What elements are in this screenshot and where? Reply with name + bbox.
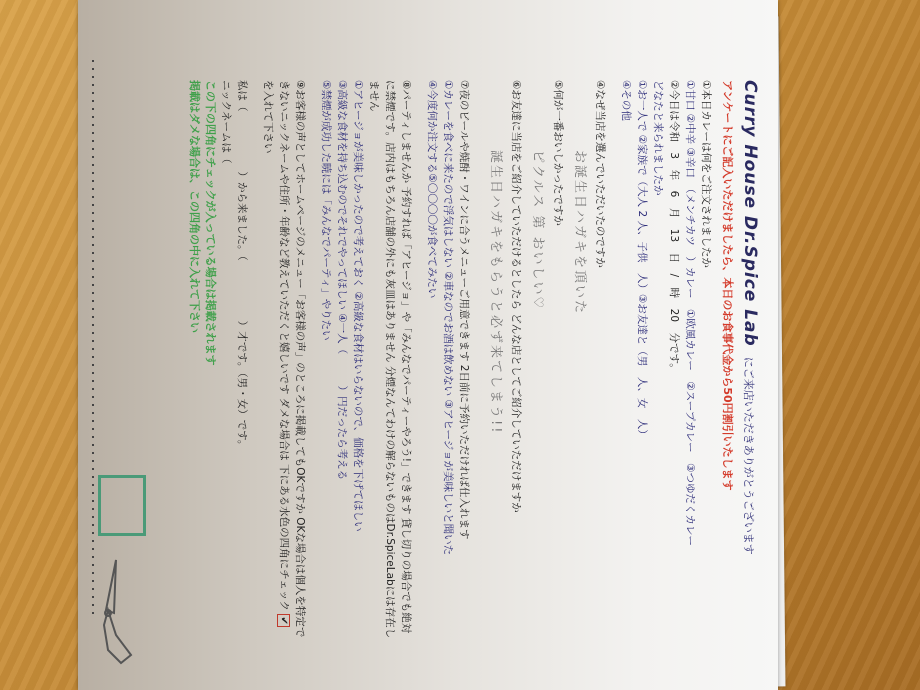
question-4: ④なぜ当店を選んでいただいたのですか (592, 80, 608, 640)
answer-6-handwritten[interactable]: 誕生日ハガキをもらうと必ず来てしまう!! (482, 80, 508, 640)
footer-note-1: この下の四角にチェックが入っている場合は掲載されます (202, 80, 218, 640)
survey-page-rotated: Curry House Dr.Spice Lab にご来店いただきありがとうござ… (88, 40, 778, 660)
answer-5-handwritten[interactable]: ピクルス 第 おいしい♡ (524, 80, 550, 640)
question-5: ⑤何が一番おいしかったですか (550, 80, 566, 640)
question-7-options-a[interactable]: ①カレーを食べに来たので浮気はしない ②車なのでお酒は飲めない ③アヒージョが美… (440, 80, 456, 640)
thanks-text: にご来店いただきありがとうございます (741, 357, 757, 555)
question-2-options[interactable]: ①お一人で ②家族で（大人 2 人、子供 人）③お友達と（男 人、女 人） (634, 80, 650, 640)
question-2-other[interactable]: ④その他 (618, 80, 634, 640)
question-1-options[interactable]: ①甘口 ②中辛 ③辛口 （メンチカツ ）カレー ①欧風カレー ②スープカレー ③… (682, 80, 698, 640)
question-2: ②今日は令和 3 年 6 月 13 日 / 時 20 分です。 (666, 80, 682, 640)
question-8-options-b[interactable]: ③高級な食材を持ち込むのでそれでやってほしい ④一人（ ）円だったら考える (334, 80, 350, 640)
profile-age-label: ）から来ました。（ (236, 172, 248, 261)
question-7: ⑦夜のビールや焼酎・ワインに合うメニューご用意できます 2日前に予約いただければ… (456, 80, 472, 640)
question-1: ①本日カレーは何をご注文されましたか (698, 80, 714, 640)
question-9: ⑨お客様の声としてホームページのメニュー「お客様の声」のところに掲載してもOKで… (260, 80, 308, 640)
check-icon: ✔ (278, 614, 291, 627)
question-8-options-c[interactable]: ⑤禁煙が成功した暁には「みんなでパーティ」やりたい (318, 80, 334, 640)
question-6: ⑥お友達に当店をご紹介していただけるとしたら どんな店としてご紹介していただけま… (508, 80, 524, 640)
profile-gender-label: ）才です。（男・女）です。 (236, 321, 248, 451)
promo-text: アンケートにご記入いただけましたら、本日のお食事代金から50円割引いたします (720, 80, 736, 640)
question-8-options-a[interactable]: ①アヒージョが美味しかったので考えておく ②高級な食材はいらないので、価格を下げ… (350, 80, 366, 640)
question-8: ⑧パーティしませんか 予約すれば「アヒージョ」や「みんなでパーティーやろう!」で… (366, 80, 414, 640)
footer-note-2: 掲載はダメな場合は、この四角の中に入れて下さい (186, 80, 202, 640)
question-7-options-b[interactable]: ④今度何か注文する⑤〇〇〇〇が食べてみたい (424, 80, 440, 640)
profile-line-1: 私は（）から来ました。（）才です。（男・女）です。 (234, 80, 250, 640)
profile-line-2: ニックネームは（ (218, 80, 234, 640)
question-2-prompt: どなたと来られましたか (650, 80, 666, 640)
survey-sheet: Curry House Dr.Spice Lab にご来店いただきありがとうござ… (78, 0, 778, 690)
brand-title: Curry House Dr.Spice Lab (740, 80, 760, 347)
nickname-label: ニックネームは（ (220, 80, 232, 163)
answer-4-handwritten[interactable]: お誕生日ハガキを頂いた (566, 80, 592, 640)
profile-from-label: 私は（ (236, 80, 248, 112)
question-9-text: ⑨お客様の声としてホームページのメニュー「お客様の声」のところに掲載してもOKで… (278, 80, 306, 637)
question-9-suffix: を入れて下さい (262, 80, 274, 154)
